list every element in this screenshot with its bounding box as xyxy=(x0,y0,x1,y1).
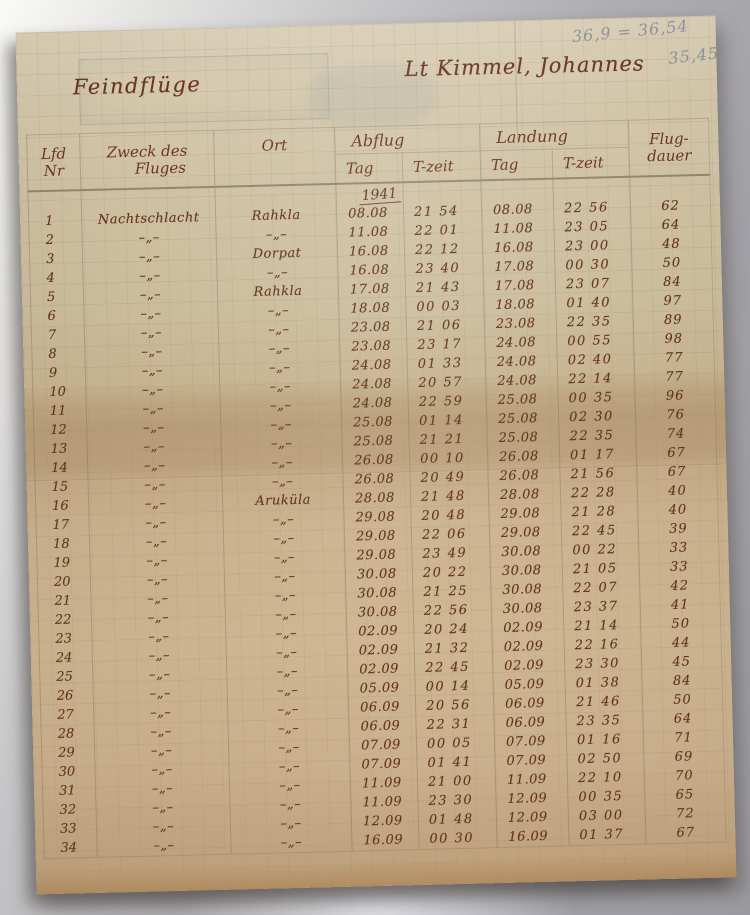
cell-nr: 9 xyxy=(32,363,85,383)
cell-ab_tag: 30.08 xyxy=(345,564,412,585)
cell-la_tag: 12.09 xyxy=(496,788,568,809)
cell-dauer: 69 xyxy=(644,747,724,768)
cell-la_zeit: 01 37 xyxy=(569,825,646,846)
cell-nr: 17 xyxy=(36,515,89,535)
cell-dauer: 71 xyxy=(643,728,723,749)
cell-la_zeit: 22 28 xyxy=(560,483,637,504)
empty-cell xyxy=(28,190,81,212)
cell-ab_zeit: 23 40 xyxy=(405,258,483,279)
cell-la_tag: 30.08 xyxy=(490,560,562,581)
cell-la_zeit: 02 30 xyxy=(558,407,635,428)
cell-ab_tag: 28.08 xyxy=(343,488,410,509)
col-header-abflug-tzeit: T-zeit xyxy=(402,151,481,182)
cell-la_tag: 16.08 xyxy=(482,238,554,259)
cell-nr: 2 xyxy=(29,230,82,250)
cell-ab_tag: 24.08 xyxy=(341,374,408,395)
cell-la_zeit: 00 35 xyxy=(568,787,645,808)
cell-la_tag: 02.09 xyxy=(492,655,564,676)
cell-ab_tag: 16.08 xyxy=(337,241,404,262)
cell-nr: 22 xyxy=(38,610,91,630)
cell-nr: 20 xyxy=(37,572,90,592)
cell-nr: 28 xyxy=(41,724,94,744)
cell-la_tag: 29.08 xyxy=(489,522,561,543)
cell-ab_tag: 08.08 xyxy=(336,203,403,224)
cell-la_zeit: 22 35 xyxy=(556,312,633,333)
header-text: Fluges xyxy=(81,158,214,178)
cell-ab_tag: 26.08 xyxy=(343,469,410,490)
cell-dauer: 67 xyxy=(636,443,716,464)
cell-ab_tag: 02.09 xyxy=(348,659,415,680)
cell-zweck: Nachtschlacht xyxy=(81,208,215,230)
cell-nr: 33 xyxy=(43,819,96,839)
cell-la_tag: 16.09 xyxy=(497,826,569,847)
cell-la_tag: 24.08 xyxy=(485,352,557,373)
col-header-landung-tag: Tag xyxy=(480,149,553,180)
cell-ab_tag: 30.08 xyxy=(346,583,413,604)
cell-ab_tag: 25.08 xyxy=(342,431,409,452)
cell-ab_zeit: 21 43 xyxy=(405,277,483,298)
header-text: dauer xyxy=(630,146,709,165)
cell-la_tag: 06.09 xyxy=(494,712,566,733)
cell-dauer: 42 xyxy=(640,576,720,597)
cell-dauer: 33 xyxy=(639,538,719,559)
cell-la_zeit: 21 28 xyxy=(561,502,638,523)
flight-table-body: 1NachtschlachtRahkla08.0821 5408.0822 56… xyxy=(28,196,726,859)
cell-nr: 26 xyxy=(40,686,93,706)
cell-ab_tag: 02.09 xyxy=(347,640,414,661)
cell-ab_tag: 24.08 xyxy=(341,393,408,414)
cell-ab_tag: 06.09 xyxy=(349,716,416,737)
cell-ab_zeit: 22 45 xyxy=(414,657,492,678)
cell-ab_zeit: 22 01 xyxy=(404,220,482,241)
cell-ab_zeit: 23 17 xyxy=(407,334,485,355)
cell-nr: 6 xyxy=(31,306,84,326)
cell-nr: 18 xyxy=(36,534,89,554)
cell-nr: 27 xyxy=(41,705,94,725)
cell-ab_tag: 07.09 xyxy=(349,735,416,756)
cell-nr: 7 xyxy=(31,325,84,345)
cell-la_tag: 30.08 xyxy=(490,541,562,562)
cell-ab_tag: 25.08 xyxy=(341,412,408,433)
cell-ab_tag: 12.09 xyxy=(351,811,418,832)
cell-dauer: 39 xyxy=(638,519,718,540)
cell-la_zeit: 23 07 xyxy=(555,274,632,295)
cell-nr: 13 xyxy=(34,439,87,459)
cell-dauer: 98 xyxy=(634,329,714,350)
cell-dauer: 77 xyxy=(634,367,714,388)
cell-la_tag: 06.09 xyxy=(493,693,565,714)
cell-la_zeit: 21 56 xyxy=(560,464,637,485)
cell-la_tag: 26.08 xyxy=(488,466,560,487)
cell-la_tag: 07.09 xyxy=(494,731,566,752)
cell-la_zeit: 23 00 xyxy=(554,236,631,257)
cell-la_zeit: 23 35 xyxy=(566,711,643,732)
cell-dauer: 33 xyxy=(639,557,719,578)
cell-dauer: 76 xyxy=(635,405,715,426)
cell-ab_zeit: 20 57 xyxy=(408,372,486,393)
cell-nr: 32 xyxy=(43,800,96,820)
header-text: Flug- xyxy=(629,129,708,148)
cell-nr: 4 xyxy=(30,268,83,288)
cell-dauer: 84 xyxy=(632,272,712,293)
col-header-abflug-tag: Tag xyxy=(335,153,403,184)
cell-la_tag: 12.09 xyxy=(496,807,568,828)
cell-la_zeit: 00 30 xyxy=(555,255,632,276)
cell-la_zeit: 22 45 xyxy=(561,521,638,542)
cell-ab_tag: 29.08 xyxy=(344,526,411,547)
cell-ab_zeit: 22 59 xyxy=(408,391,486,412)
cell-dauer: 44 xyxy=(641,633,721,654)
cell-ab_zeit: 00 05 xyxy=(416,733,494,754)
cell-nr: 8 xyxy=(32,344,85,364)
cell-ab_zeit: 22 56 xyxy=(413,600,491,621)
cell-ab_zeit: 21 48 xyxy=(410,486,488,507)
cell-dauer: 96 xyxy=(635,386,715,407)
cell-ab_zeit: 22 06 xyxy=(411,524,489,545)
cell-la_zeit: 00 35 xyxy=(558,388,635,409)
cell-la_zeit: 01 38 xyxy=(565,673,642,694)
cell-la_tag: 30.08 xyxy=(491,598,563,619)
cell-ab_zeit: 20 56 xyxy=(415,695,493,716)
cell-la_zeit: 23 05 xyxy=(554,217,631,238)
header-text: Landung xyxy=(496,126,568,147)
cell-la_zeit: 02 50 xyxy=(567,749,644,770)
cell-la_tag: 18.08 xyxy=(484,295,556,316)
pencil-note-calc: 36,9 = 36,54 xyxy=(571,16,689,46)
cell-ab_zeit: 22 31 xyxy=(416,714,494,735)
header-text: Nr xyxy=(28,162,80,180)
cell-dauer: 48 xyxy=(631,234,711,255)
cell-ab_zeit: 23 30 xyxy=(418,790,496,811)
cell-ort: –„– xyxy=(231,832,352,854)
document-paper: Feindflüge Lt Kimmel, Johannes 36,9 = 36… xyxy=(16,16,737,895)
cell-la_zeit: 22 56 xyxy=(553,198,630,219)
cell-nr: 25 xyxy=(40,667,93,687)
cell-la_tag: 05.09 xyxy=(493,674,565,695)
col-header-zweck: Zweck des Fluges xyxy=(80,130,215,190)
cell-la_zeit: 23 30 xyxy=(564,654,641,675)
cell-ab_tag: 07.09 xyxy=(350,754,417,775)
cell-la_zeit: 22 07 xyxy=(563,578,640,599)
year-cell: 1941 xyxy=(336,182,403,205)
cell-ab_tag: 29.08 xyxy=(344,507,411,528)
cell-dauer: 64 xyxy=(643,709,723,730)
cell-dauer: 77 xyxy=(634,348,714,369)
cell-la_tag: 23.08 xyxy=(484,314,556,335)
cell-ab_zeit: 21 06 xyxy=(406,315,484,336)
pilot-name: Lt Kimmel, Johannes xyxy=(404,51,645,81)
cell-ab_tag: 11.09 xyxy=(351,792,418,813)
cell-la_tag: 11.09 xyxy=(495,769,567,790)
cell-dauer: 67 xyxy=(646,823,726,844)
cell-ab_zeit: 01 48 xyxy=(418,809,496,830)
cell-ab_zeit: 01 33 xyxy=(407,353,485,374)
cell-dauer: 45 xyxy=(641,652,721,673)
cell-nr: 21 xyxy=(38,591,91,611)
cell-dauer: 40 xyxy=(638,500,718,521)
cell-la_tag: 29.08 xyxy=(489,504,561,525)
cell-la_zeit: 01 40 xyxy=(556,293,633,314)
cell-ab_zeit: 00 03 xyxy=(406,296,484,317)
cell-nr: 12 xyxy=(34,420,87,440)
cell-ab_tag: 23.08 xyxy=(340,336,407,357)
cell-ab_zeit: 00 10 xyxy=(409,448,487,469)
cell-nr: 11 xyxy=(33,401,86,421)
cell-ab_zeit: 00 14 xyxy=(415,676,493,697)
cell-nr: 29 xyxy=(41,743,94,763)
cell-la_tag: 17.08 xyxy=(483,257,555,278)
cell-ab_tag: 29.08 xyxy=(345,545,412,566)
cell-ab_tag: 02.09 xyxy=(347,621,414,642)
cell-dauer: 84 xyxy=(642,671,722,692)
cell-la_tag: 24.08 xyxy=(486,371,558,392)
cell-ab_tag: 26.08 xyxy=(342,450,409,471)
cell-la_zeit: 22 35 xyxy=(559,426,636,447)
cell-ab_tag: 06.09 xyxy=(348,697,415,718)
cell-la_tag: 02.09 xyxy=(492,617,564,638)
cell-la_zeit: 02 40 xyxy=(557,350,634,371)
cell-la_tag: 07.09 xyxy=(495,750,567,771)
cell-la_tag: 25.08 xyxy=(487,428,559,449)
cell-la_tag: 25.08 xyxy=(486,409,558,430)
empty-cell xyxy=(553,177,630,200)
cell-ab_tag: 18.08 xyxy=(339,298,406,319)
cell-nr: 15 xyxy=(35,477,88,497)
cell-dauer: 50 xyxy=(641,614,721,635)
cell-la_tag: 30.08 xyxy=(491,579,563,600)
cell-nr: 16 xyxy=(35,496,88,516)
cell-ab_zeit: 21 25 xyxy=(413,581,491,602)
cell-ab_zeit: 20 48 xyxy=(411,505,489,526)
cell-nr: 31 xyxy=(42,781,95,801)
cell-la_zeit: 22 14 xyxy=(558,369,635,390)
cell-ab_tag: 23.08 xyxy=(339,317,406,338)
col-header-abflug: Abflug xyxy=(334,124,480,155)
col-header-lfd-nr: Lfd Nr xyxy=(27,134,81,192)
col-header-landung: Landung xyxy=(479,120,629,151)
cell-dauer: 67 xyxy=(637,462,717,483)
cell-la_tag: 02.09 xyxy=(492,636,564,657)
cell-zweck: –„– xyxy=(97,835,231,858)
cell-ab_tag: 24.08 xyxy=(340,355,407,376)
cell-la_zeit: 03 00 xyxy=(568,806,645,827)
cell-ab_zeit: 21 54 xyxy=(403,201,481,222)
cell-ab_tag: 11.08 xyxy=(337,222,404,243)
pencil-note-value: 35,45 xyxy=(667,43,720,68)
cell-la_tag: 28.08 xyxy=(488,485,560,506)
cell-ab_tag: 17.08 xyxy=(338,279,405,300)
cell-nr: 30 xyxy=(42,762,95,782)
year-label: 1941 xyxy=(358,185,401,205)
header-text: Abflug xyxy=(351,130,404,150)
cell-ab_zeit: 00 30 xyxy=(419,828,497,849)
header-text: Ort xyxy=(214,136,334,156)
cell-dauer: 41 xyxy=(640,595,720,616)
cell-ab_zeit: 20 22 xyxy=(412,562,490,583)
cell-nr: 24 xyxy=(39,648,92,668)
empty-cell xyxy=(481,179,553,202)
cell-ab_zeit: 01 14 xyxy=(408,410,486,431)
cell-dauer: 62 xyxy=(630,196,710,217)
cell-dauer: 50 xyxy=(632,253,712,274)
empty-cell xyxy=(215,184,336,208)
cell-nr: 23 xyxy=(39,629,92,649)
cell-ab_zeit: 23 49 xyxy=(412,543,490,564)
page-title: Feindflüge xyxy=(73,72,202,99)
cell-ab_zeit: 21 32 xyxy=(414,638,492,659)
cell-nr: 34 xyxy=(44,838,97,859)
cell-nr: 19 xyxy=(37,553,90,573)
cell-ab_tag: 05.09 xyxy=(348,678,415,699)
cell-ab_tag: 11.09 xyxy=(350,773,417,794)
cell-la_tag: 17.08 xyxy=(483,276,555,297)
cell-dauer: 97 xyxy=(633,291,713,312)
cell-dauer: 65 xyxy=(645,785,725,806)
cell-ab_tag: 16.09 xyxy=(352,830,419,851)
cell-la_zeit: 00 22 xyxy=(562,540,639,561)
cell-la_tag: 11.08 xyxy=(482,219,554,240)
cell-ab_zeit: 22 12 xyxy=(404,239,482,260)
cell-ab_zeit: 21 21 xyxy=(409,429,487,450)
col-header-ort: Ort xyxy=(214,127,336,186)
empty-cell xyxy=(403,180,482,203)
cell-dauer: 74 xyxy=(636,424,716,445)
cell-ab_zeit: 20 24 xyxy=(414,619,492,640)
cell-la_tag: 25.08 xyxy=(486,390,558,411)
cell-la_zeit: 01 16 xyxy=(566,730,643,751)
cell-la_tag: 08.08 xyxy=(481,200,553,221)
cell-la_zeit: 23 37 xyxy=(563,597,640,618)
cell-nr: 5 xyxy=(30,287,83,307)
cell-ab_tag: 30.08 xyxy=(346,602,413,623)
header-text: Lfd xyxy=(27,145,79,163)
cell-la_tag: 26.08 xyxy=(487,447,559,468)
cell-la_zeit: 21 14 xyxy=(564,616,641,637)
cell-la_zeit: 01 17 xyxy=(559,445,636,466)
cell-dauer: 72 xyxy=(645,804,725,825)
cell-dauer: 70 xyxy=(644,766,724,787)
cell-nr: 14 xyxy=(35,458,88,478)
col-header-flugdauer: Flug- dauer xyxy=(628,118,709,176)
empty-cell xyxy=(630,175,710,198)
cell-la_tag: 24.08 xyxy=(485,333,557,354)
cell-ab_zeit: 01 41 xyxy=(417,752,495,773)
cell-ab_zeit: 21 00 xyxy=(417,771,495,792)
cell-ab_zeit: 20 49 xyxy=(410,467,488,488)
cell-la_zeit: 21 05 xyxy=(562,559,639,580)
cell-la_zeit: 22 10 xyxy=(567,768,644,789)
cell-nr: 3 xyxy=(29,249,82,269)
cell-nr: 10 xyxy=(33,382,86,402)
cell-la_zeit: 22 16 xyxy=(564,635,641,656)
cell-nr: 1 xyxy=(28,211,81,231)
cell-dauer: 89 xyxy=(633,310,713,331)
cell-dauer: 50 xyxy=(642,690,722,711)
cell-la_zeit: 21 46 xyxy=(565,692,642,713)
col-header-landung-tzeit: T-zeit xyxy=(552,147,630,178)
cell-dauer: 64 xyxy=(631,215,711,236)
flight-log-table: Lfd Nr Zweck des Fluges Ort Abflug Landu xyxy=(26,118,727,859)
cell-la_zeit: 00 55 xyxy=(557,331,634,352)
cell-ab_tag: 16.08 xyxy=(338,260,405,281)
cell-dauer: 40 xyxy=(637,481,717,502)
